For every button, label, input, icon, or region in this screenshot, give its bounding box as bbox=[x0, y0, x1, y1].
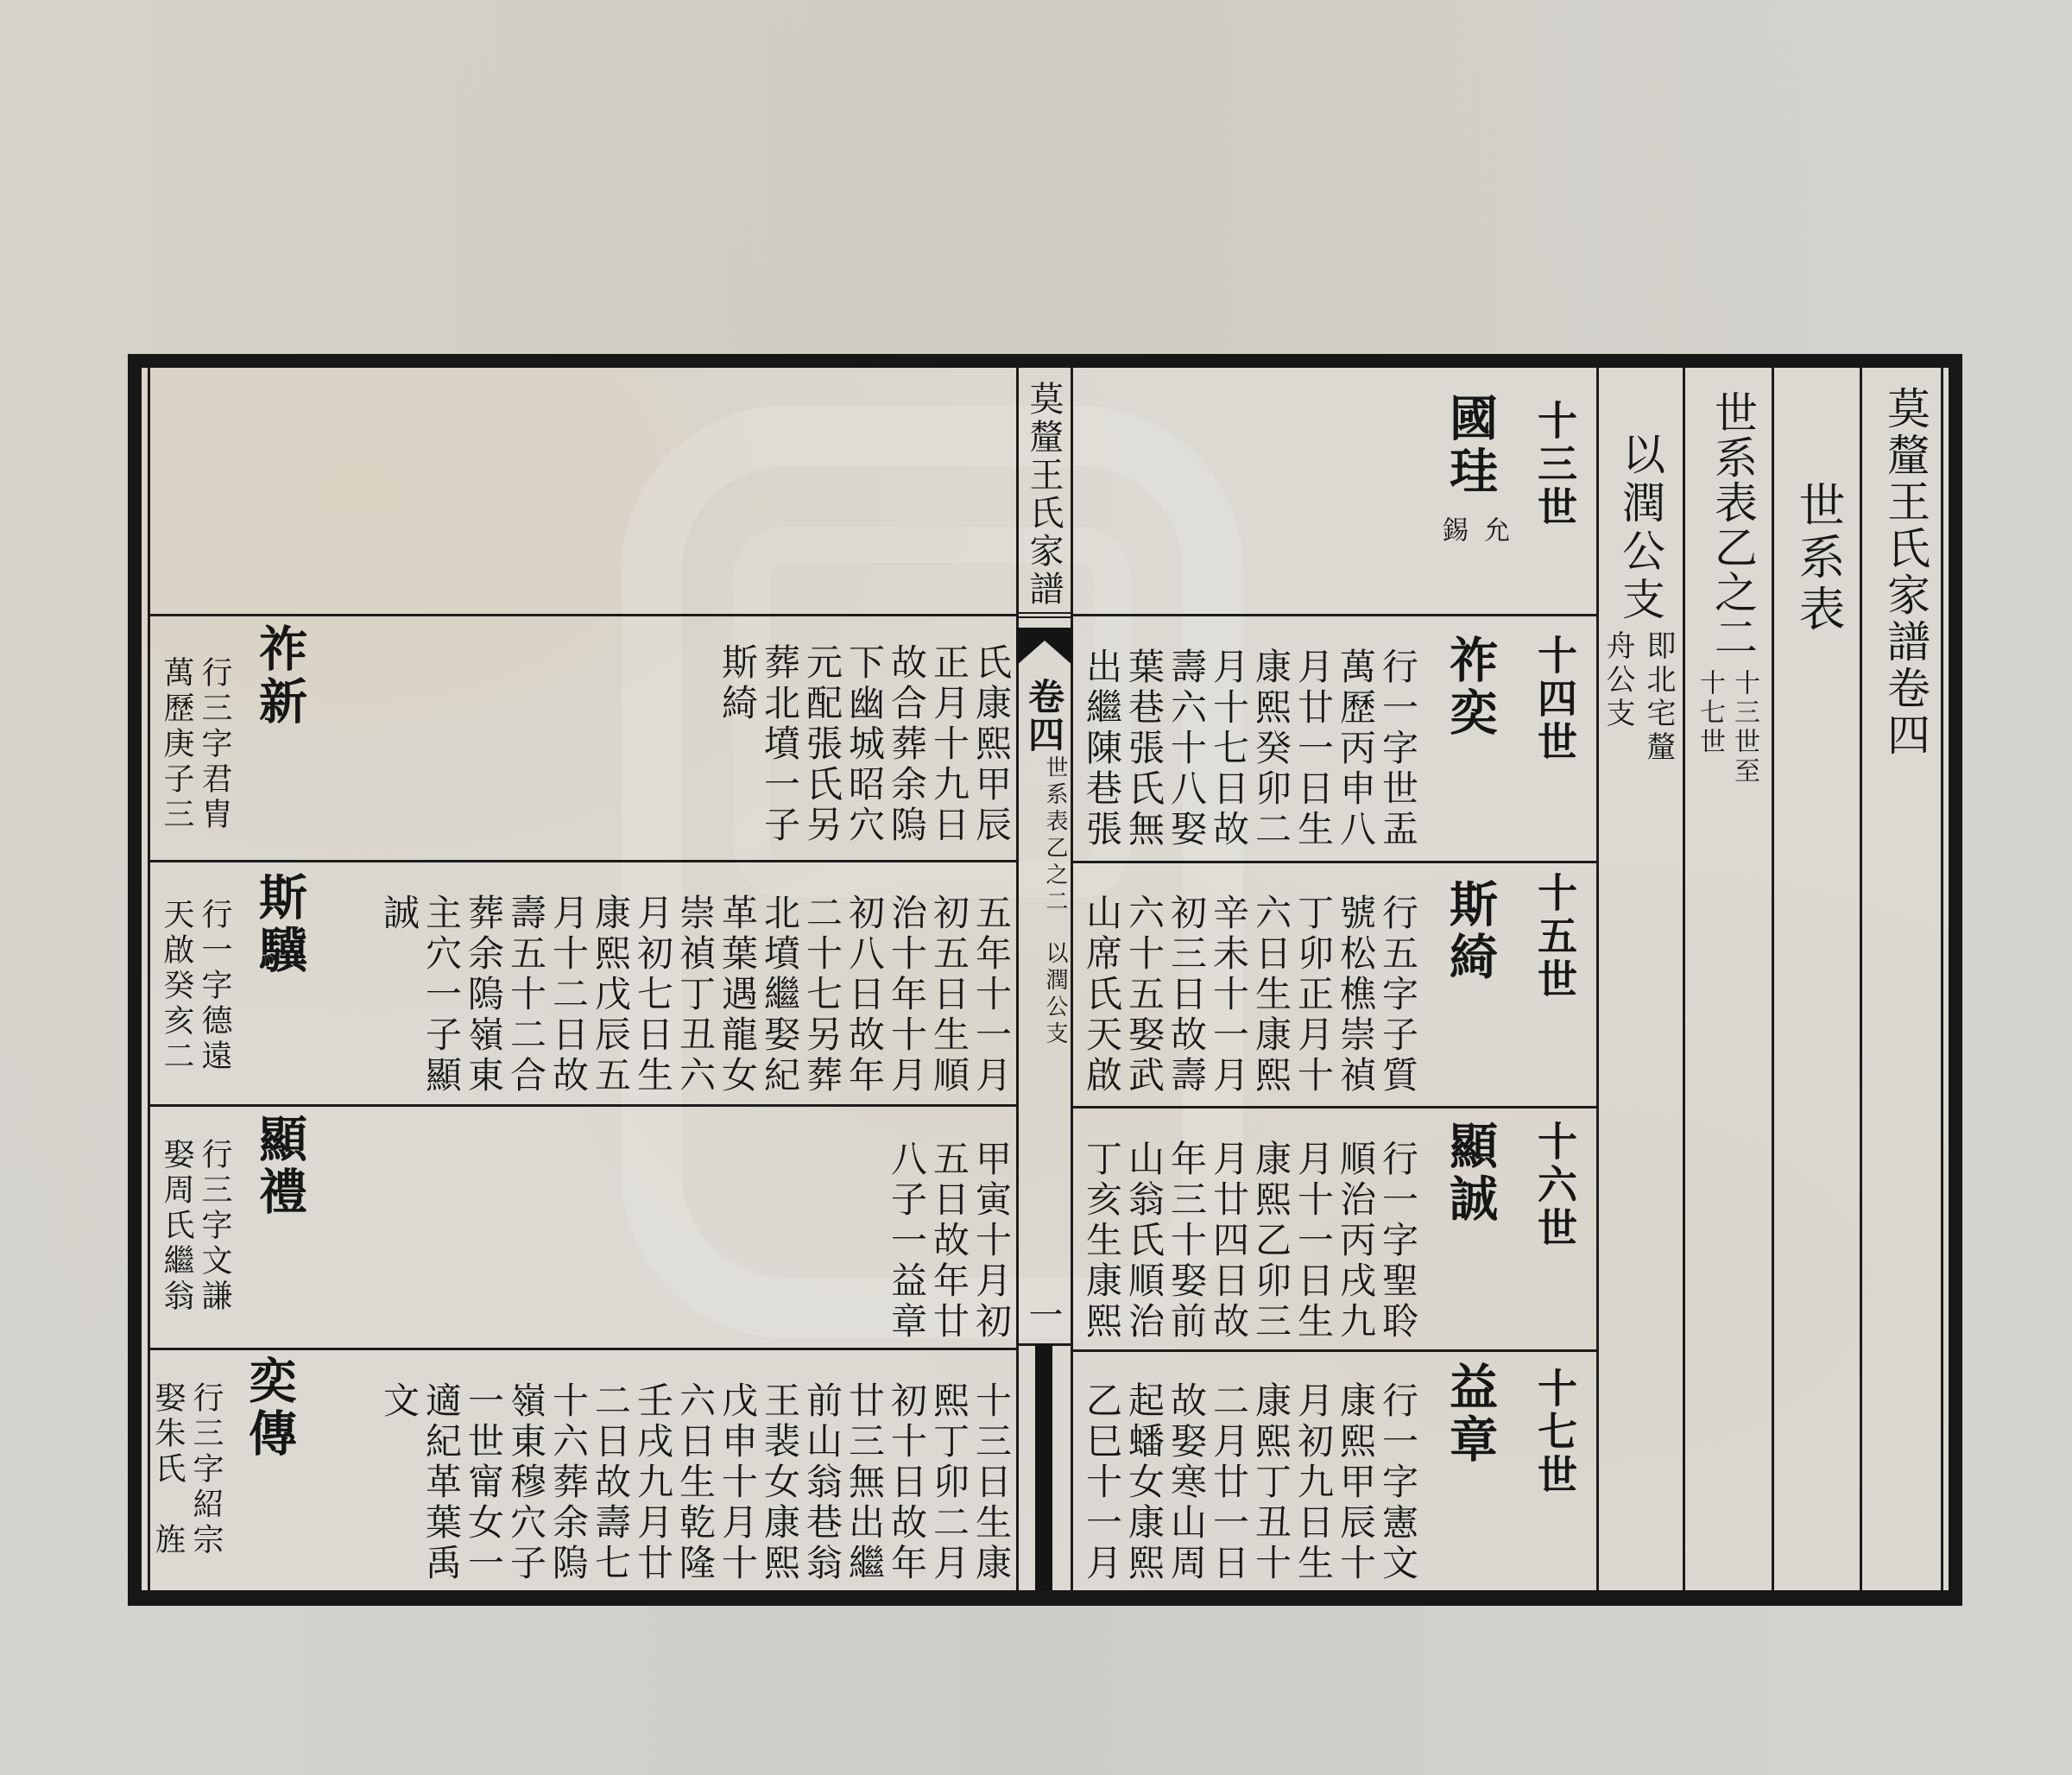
person-name: 祚奕 bbox=[1443, 635, 1498, 740]
spine-title-box-line bbox=[1016, 612, 1073, 614]
row-line-left-2 bbox=[150, 860, 1016, 862]
person-record: 行三字君胄 萬歷庚子三 bbox=[157, 656, 233, 833]
person-name: 顯誠 bbox=[1443, 1121, 1498, 1226]
person-name: 奕傳 bbox=[242, 1355, 297, 1461]
generation-label-15: 十五世 bbox=[1532, 872, 1577, 1001]
person-name: 斯驥 bbox=[252, 872, 307, 977]
spine-volume: 卷四 bbox=[1022, 678, 1065, 754]
person-name: 顯禮 bbox=[252, 1114, 307, 1219]
row-line-right-2 bbox=[1073, 861, 1596, 863]
person-record: 行一字世盂 萬歷丙申八 月廿一日生 康熙癸卯二 月十七日故 壽六十八娶 葉巷張氏… bbox=[1081, 647, 1419, 850]
person-name: 斯綺 bbox=[1443, 879, 1498, 984]
person-record: 行三字紹宗 娶朱氏 旌 bbox=[148, 1381, 224, 1558]
row-line-left-4 bbox=[150, 1348, 1016, 1350]
generation-label-17: 十七世 bbox=[1532, 1368, 1577, 1497]
row-line-left-1 bbox=[150, 614, 1016, 616]
column-divider-title bbox=[1860, 368, 1862, 1590]
spine-right-line bbox=[1071, 368, 1073, 1590]
generation-label-13: 十三世 bbox=[1532, 400, 1577, 529]
person-name-note: 允 錫 bbox=[1431, 516, 1514, 544]
branch-title: 以潤公支 bbox=[1614, 432, 1666, 625]
right-inner-border-line bbox=[1941, 368, 1943, 1590]
person-name: 祚新 bbox=[252, 623, 307, 729]
row-line-right-1 bbox=[1073, 614, 1596, 616]
row-line-right-3 bbox=[1073, 1106, 1596, 1109]
record-continuation: 五年十一月 初五日生順 治十年十月 初八日故年 二十七另葬 北墳繼娶紀 革葉遇龍… bbox=[378, 894, 1013, 1096]
fishtail-mark-icon bbox=[1016, 626, 1073, 667]
spine-section: 世系表乙之二 bbox=[1040, 755, 1070, 916]
branch-note: 即北宅釐 舟公支 bbox=[1597, 630, 1678, 765]
column-divider-subsection bbox=[1683, 368, 1685, 1590]
subsection-title: 世系表乙之二 bbox=[1707, 390, 1759, 660]
person-record: 行五字子質 號松樵崇禎 丁卯正月十 六日生康熙 辛未十一月 初三日故壽 六十五娶… bbox=[1081, 894, 1419, 1096]
column-divider-branch bbox=[1596, 368, 1599, 1590]
spine-book-title: 莫釐王氏家譜 bbox=[1022, 381, 1065, 609]
person-record: 行一字德遠 天啟癸亥二 bbox=[157, 898, 233, 1075]
spine-title-box-line-inner bbox=[1016, 616, 1073, 618]
record-continuation: 十三日生康 熙丁卯二月 初十日故年 廿三無出繼 前山翁巷翁 王裴女康熙 戊申十月… bbox=[378, 1381, 1013, 1584]
record-continuation: 甲寅十月初 五日故年廿 八子一益章 bbox=[886, 1140, 1013, 1342]
person-name: 益章 bbox=[1443, 1361, 1498, 1467]
spine-black-mouth bbox=[1035, 1343, 1052, 1590]
book-title: 莫釐王氏家譜卷四 bbox=[1879, 386, 1931, 759]
person-record: 行一字憲文 康熙甲辰十 月初九日生 康熙丁丑十 二月廿一日 故娶寒山周 起蟠女康… bbox=[1081, 1381, 1419, 1584]
section-title: 世系表 bbox=[1791, 481, 1845, 636]
generation-label-16: 十六世 bbox=[1532, 1121, 1577, 1250]
row-line-left-3 bbox=[150, 1104, 1016, 1107]
generation-label-14: 十四世 bbox=[1532, 635, 1577, 764]
person-name: 國珪 bbox=[1443, 393, 1498, 498]
person-record: 行一字聖聆 順治丙戌九 月十一日生 康熙乙卯三 月廿四日故 年三十娶前 山翁氏順… bbox=[1081, 1140, 1419, 1342]
column-divider-section bbox=[1772, 368, 1774, 1590]
spine-page-number: 一 bbox=[1021, 1297, 1064, 1331]
person-record: 行三字文謙 娶周氏繼翁 bbox=[157, 1138, 233, 1315]
row-line-right-4 bbox=[1073, 1349, 1596, 1352]
spine-left-line bbox=[1016, 368, 1019, 1590]
subsection-note: 十三世至 十七世 bbox=[1692, 669, 1761, 786]
record-continuation: 氏康熙甲辰 正月十九日 故合葬余隖 下幽城昭穴 元配張氏另 葬北墳一子 斯綺 bbox=[717, 643, 1013, 846]
spine-branch: 以潤公支 bbox=[1040, 941, 1070, 1048]
